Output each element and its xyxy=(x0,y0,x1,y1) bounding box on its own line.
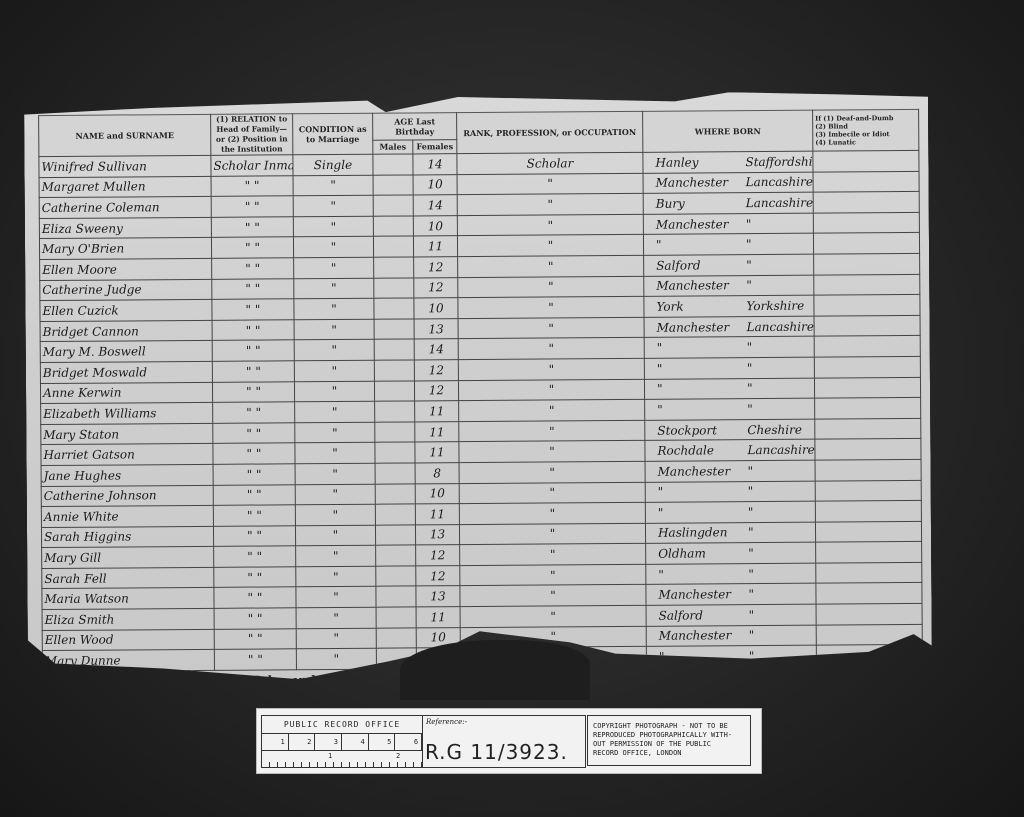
row-occupation: " xyxy=(459,399,645,421)
row-condition: " xyxy=(294,257,374,278)
row-infirmity xyxy=(814,253,920,274)
born-county: Cheshire xyxy=(747,422,802,436)
header-relation: (1) RELATION to Head of Family—or (2) Po… xyxy=(211,114,293,156)
row-relation: " " xyxy=(214,546,296,567)
row-name: Mary Gill xyxy=(42,547,214,569)
row-condition: " xyxy=(294,319,374,340)
born-town: Rochdale xyxy=(647,443,747,458)
row-female-age: 12 xyxy=(414,380,458,401)
born-town: " xyxy=(647,340,747,355)
born-county: " xyxy=(749,629,755,643)
born-county: Lancashire xyxy=(746,175,813,189)
born-county: Lancashire xyxy=(747,443,814,457)
row-infirmity xyxy=(815,501,921,522)
row-male-age xyxy=(374,257,414,278)
row-female-age: 12 xyxy=(414,257,458,278)
born-county: Staffordshire xyxy=(745,154,813,169)
row-infirmity xyxy=(815,398,921,419)
row-female-age: 11 xyxy=(415,401,459,422)
row-where-born: HanleyStaffordshire xyxy=(643,151,813,173)
row-where-born: ManchesterLancashire xyxy=(643,172,813,194)
row-male-age xyxy=(374,360,414,381)
row-relation: " " xyxy=(213,505,295,526)
row-where-born: Oldham" xyxy=(646,542,816,564)
born-town: Salford xyxy=(646,258,746,273)
row-infirmity xyxy=(813,171,919,192)
row-condition: " xyxy=(294,360,374,381)
born-county: " xyxy=(748,526,754,540)
total-cell xyxy=(646,666,816,688)
header-where-born: WHERE BORN xyxy=(643,110,813,152)
row-occupation: " xyxy=(458,317,644,339)
row-name: Winifred Sullivan xyxy=(39,155,211,177)
scale-number: 2 xyxy=(289,734,316,750)
row-occupation: " xyxy=(460,544,646,566)
born-county: Lancashire xyxy=(747,319,814,333)
row-infirmity xyxy=(816,542,922,563)
row-female-age: 14 xyxy=(413,195,457,216)
header-males: Males xyxy=(373,140,413,154)
born-county: Yorkshire xyxy=(746,299,804,313)
row-condition: " xyxy=(293,175,373,196)
row-where-born: "" xyxy=(646,563,816,585)
row-condition: " xyxy=(293,237,373,258)
row-relation: " " xyxy=(212,320,294,341)
row-male-age xyxy=(376,566,416,587)
born-town: " xyxy=(649,649,749,664)
row-male-age xyxy=(375,401,415,422)
row-female-age: 10 xyxy=(415,483,459,504)
row-occupation: " xyxy=(458,358,644,380)
row-male-age xyxy=(375,504,415,525)
row-where-born: Manchester" xyxy=(644,275,814,297)
row-female-age: 10 xyxy=(414,298,458,319)
born-town: Salford xyxy=(649,608,749,623)
row-condition: " xyxy=(296,545,376,566)
born-county: " xyxy=(746,278,752,292)
row-name: Bridget Cannon xyxy=(40,320,212,342)
born-town: " xyxy=(647,402,747,417)
row-male-age xyxy=(375,463,415,484)
row-name: Mary O'Brien xyxy=(39,238,211,260)
row-relation: " " xyxy=(212,361,294,382)
row-relation: " " xyxy=(214,567,296,588)
born-town: " xyxy=(648,505,748,520)
row-infirmity xyxy=(814,315,920,336)
row-male-age xyxy=(374,298,414,319)
row-relation: " " xyxy=(213,443,295,464)
row-female-age: 14 xyxy=(414,339,458,360)
row-name: Mary M. Boswell xyxy=(40,341,212,363)
row-female-age: 8 xyxy=(415,463,459,484)
row-occupation: " xyxy=(459,420,645,442)
born-county: " xyxy=(746,237,752,251)
row-name: Ellen Cuzick xyxy=(40,300,212,322)
born-town: Bury xyxy=(646,196,746,211)
row-name: Elizabeth Williams xyxy=(41,402,213,424)
row-relation: " " xyxy=(211,237,293,258)
row-where-born: Salford" xyxy=(644,254,814,276)
row-relation: " " xyxy=(212,278,294,299)
born-town: York xyxy=(646,299,746,314)
row-male-age xyxy=(375,525,415,546)
header-occupation: RANK, PROFESSION, or OCCUPATION xyxy=(457,111,643,153)
row-condition: " xyxy=(293,195,373,216)
row-condition: " xyxy=(295,484,375,505)
row-name: Ellen Moore xyxy=(40,258,212,280)
row-condition: " xyxy=(295,443,375,464)
row-where-born: "" xyxy=(645,501,815,523)
row-female-age: 11 xyxy=(415,504,459,525)
row-name: Bridget Moswald xyxy=(40,361,212,383)
row-infirmity xyxy=(815,521,921,542)
row-condition: " xyxy=(294,298,374,319)
row-where-born: RochdaleLancashire xyxy=(645,439,815,461)
row-relation: " " xyxy=(212,299,294,320)
row-occupation: " xyxy=(460,564,646,586)
row-female-age: 13 xyxy=(415,524,459,545)
row-condition: " xyxy=(295,463,375,484)
row-female-age: 10 xyxy=(413,174,457,195)
row-infirmity xyxy=(815,439,921,460)
row-infirmity xyxy=(813,192,919,213)
row-occupation: " xyxy=(459,461,645,483)
row-name: Maria Watson xyxy=(42,588,214,610)
row-infirmity xyxy=(814,295,920,316)
row-condition: Single xyxy=(293,154,373,175)
row-condition: " xyxy=(295,525,375,546)
row-condition: " xyxy=(294,381,374,402)
row-relation: " " xyxy=(211,196,293,217)
header-infirmity: If (1) Deaf-and-Dumb (2) Blind (3) Imbec… xyxy=(813,109,919,151)
row-infirmity xyxy=(815,418,921,439)
row-name: Eliza Smith xyxy=(42,608,214,630)
row-male-age xyxy=(374,339,414,360)
row-relation: " " xyxy=(212,340,294,361)
row-male-age xyxy=(373,195,413,216)
row-where-born: Salford" xyxy=(646,604,816,626)
row-condition: " xyxy=(295,401,375,422)
row-male-age xyxy=(376,607,416,628)
row-relation: " " xyxy=(213,484,295,505)
row-female-age: 11 xyxy=(415,442,459,463)
row-condition: " xyxy=(296,628,376,649)
row-male-age xyxy=(375,442,415,463)
row-name: Mary Staton xyxy=(41,423,213,445)
row-female-age: 12 xyxy=(416,566,460,587)
row-relation: Scholar Inmate xyxy=(211,155,293,176)
row-where-born: "" xyxy=(644,357,814,379)
row-name: Mary Dunne xyxy=(42,650,214,672)
row-where-born: "" xyxy=(645,481,815,503)
row-name: Ellen Wood xyxy=(42,629,214,651)
born-county: " xyxy=(748,587,754,601)
row-male-age xyxy=(376,586,416,607)
row-infirmity xyxy=(813,150,919,171)
row-condition: " xyxy=(294,340,374,361)
row-infirmity xyxy=(816,603,922,624)
row-name: Margaret Mullen xyxy=(39,176,211,198)
born-town: Manchester xyxy=(647,320,747,335)
born-county: " xyxy=(746,217,752,231)
row-occupation: " xyxy=(459,523,645,545)
row-male-age xyxy=(376,628,416,649)
header-females: Females xyxy=(413,140,457,154)
row-relation: " " xyxy=(212,381,294,402)
row-condition: " xyxy=(296,648,376,669)
row-name: Anne Kerwin xyxy=(40,382,212,404)
row-female-age: 12 xyxy=(414,277,458,298)
born-town: Manchester xyxy=(646,176,746,191)
born-town: " xyxy=(648,567,748,582)
row-where-born: Manchester" xyxy=(643,213,813,235)
row-male-age xyxy=(374,278,414,299)
row-occupation: Scholar xyxy=(457,152,643,174)
born-county: " xyxy=(748,546,754,560)
ruler-mark: 1 xyxy=(328,752,332,760)
reference-box: Reference:- R.G 11/3923. xyxy=(423,715,586,768)
row-where-born: ManchesterLancashire xyxy=(644,316,814,338)
row-condition: " xyxy=(295,422,375,443)
reference-label: Reference:- xyxy=(426,718,467,726)
row-occupation: " xyxy=(458,296,644,318)
row-condition: " xyxy=(296,566,376,587)
row-infirmity xyxy=(814,356,920,377)
row-male-age xyxy=(373,236,413,257)
born-town: " xyxy=(646,237,746,252)
born-town: " xyxy=(647,361,747,376)
torn-edge xyxy=(400,640,590,700)
row-relation: " " xyxy=(213,422,295,443)
row-where-born: "" xyxy=(644,336,814,358)
row-name: Catherine Coleman xyxy=(39,197,211,219)
row-name: Catherine Judge xyxy=(40,279,212,301)
born-county: " xyxy=(748,484,754,498)
born-town: Manchester xyxy=(646,217,746,232)
row-occupation: " xyxy=(457,194,643,216)
row-female-age: 14 xyxy=(413,154,457,175)
ruler-mark: 2 xyxy=(396,752,400,760)
row-occupation: " xyxy=(459,482,645,504)
row-male-age xyxy=(375,483,415,504)
born-county: Lancashire xyxy=(746,196,813,210)
row-occupation: " xyxy=(458,379,644,401)
scale-number: 5 xyxy=(369,734,396,750)
row-name: Catherine Johnson xyxy=(41,485,213,507)
row-infirmity xyxy=(813,212,919,233)
born-county: " xyxy=(747,340,753,354)
row-occupation: " xyxy=(458,255,644,277)
row-male-age xyxy=(373,216,413,237)
born-county: " xyxy=(748,464,754,478)
office-name: PUBLIC RECORD OFFICE xyxy=(262,716,422,734)
born-county: " xyxy=(747,402,753,416)
scale-number: 1 xyxy=(262,734,289,750)
row-female-age: 11 xyxy=(413,236,457,257)
row-female-age: 11 xyxy=(415,421,459,442)
born-town: Manchester xyxy=(649,629,749,644)
row-where-born: Manchester" xyxy=(645,460,815,482)
row-female-age: 11 xyxy=(416,607,460,628)
row-where-born: BuryLancashire xyxy=(643,192,813,214)
row-male-age xyxy=(373,175,413,196)
row-occupation: " xyxy=(457,235,643,257)
scale-number: 4 xyxy=(342,734,369,750)
reference-value: R.G 11/3923. xyxy=(425,740,568,764)
total-cell xyxy=(816,665,922,686)
row-male-age xyxy=(373,154,413,175)
row-infirmity xyxy=(814,377,920,398)
row-relation: " " xyxy=(212,258,294,279)
born-town: Haslingden xyxy=(648,526,748,541)
total-label: Total of Males and Females xyxy=(42,669,376,692)
row-relation: " " xyxy=(213,402,295,423)
row-condition: " xyxy=(296,587,376,608)
row-name: Harriet Gatson xyxy=(41,444,213,466)
row-where-born: "" xyxy=(645,398,815,420)
archive-label: PUBLIC RECORD OFFICE 1 2 3 4 5 6 1 2 Ref… xyxy=(256,708,762,774)
born-town: Hanley xyxy=(645,155,745,170)
born-town: Manchester xyxy=(646,278,746,293)
row-occupation: " xyxy=(457,173,643,195)
row-where-born: "" xyxy=(644,378,814,400)
row-where-born: YorkYorkshire xyxy=(644,295,814,317)
row-male-age xyxy=(374,380,414,401)
born-town: " xyxy=(647,381,747,396)
row-infirmity xyxy=(815,459,921,480)
row-female-age: 13 xyxy=(414,318,458,339)
row-infirmity xyxy=(814,274,920,295)
born-county: " xyxy=(747,361,753,375)
row-occupation: " xyxy=(459,441,645,463)
row-condition: " xyxy=(296,607,376,628)
born-county: " xyxy=(749,608,755,622)
born-county: " xyxy=(748,505,754,519)
row-where-born: Manchester" xyxy=(646,584,816,606)
row-infirmity xyxy=(813,233,919,254)
row-occupation: " xyxy=(457,214,643,236)
born-town: Manchester xyxy=(648,464,748,479)
row-male-age xyxy=(374,319,414,340)
row-occupation: " xyxy=(460,605,646,627)
row-condition: " xyxy=(294,278,374,299)
row-relation: " " xyxy=(211,217,293,238)
born-town: Stockport xyxy=(647,423,747,438)
scale-number: 6 xyxy=(395,734,422,750)
row-infirmity xyxy=(814,336,920,357)
header-name: NAME and SURNAME xyxy=(39,114,211,156)
scale-number: 3 xyxy=(315,734,342,750)
row-occupation: " xyxy=(459,502,645,524)
header-age: AGE Last Birthday xyxy=(373,113,457,140)
row-relation: " " xyxy=(213,464,295,485)
header-condition: CONDITION as to Marriage xyxy=(293,113,373,155)
census-table: NAME and SURNAME (1) RELATION to Head of… xyxy=(38,109,923,693)
row-female-age: 12 xyxy=(414,360,458,381)
row-male-age xyxy=(376,545,416,566)
born-county: " xyxy=(747,381,753,395)
born-county: " xyxy=(746,258,752,272)
row-occupation: " xyxy=(458,338,644,360)
row-female-age: 13 xyxy=(416,586,460,607)
row-relation: " " xyxy=(214,608,296,629)
row-infirmity xyxy=(816,583,922,604)
row-name: Sarah Fell xyxy=(42,567,214,589)
scale-box: PUBLIC RECORD OFFICE 1 2 3 4 5 6 1 2 xyxy=(261,715,423,768)
scale-numbers: 1 2 3 4 5 6 xyxy=(262,734,422,751)
row-name: Annie White xyxy=(41,505,213,527)
row-infirmity xyxy=(815,480,921,501)
row-where-born: Manchester" xyxy=(646,625,816,647)
row-occupation: " xyxy=(460,585,646,607)
born-county: " xyxy=(748,567,754,581)
row-relation: " " xyxy=(211,175,293,196)
row-relation: " " xyxy=(214,649,296,670)
born-county: " xyxy=(749,649,755,663)
row-relation: " " xyxy=(213,525,295,546)
census-page: NAME and SURNAME (1) RELATION to Head of… xyxy=(24,91,932,681)
born-town: Oldham xyxy=(648,546,748,561)
row-infirmity xyxy=(816,624,922,645)
row-relation: " " xyxy=(214,628,296,649)
row-condition: " xyxy=(295,504,375,525)
row-condition: " xyxy=(293,216,373,237)
copyright-notice: COPYRIGHT PHOTOGRAPH - NOT TO BE REPRODU… xyxy=(587,715,751,766)
row-name: Eliza Sweeny xyxy=(39,217,211,239)
row-relation: " " xyxy=(214,587,296,608)
row-female-age: 10 xyxy=(413,215,457,236)
row-name: Sarah Higgins xyxy=(41,526,213,548)
row-where-born: Haslingden" xyxy=(645,522,815,544)
born-town: " xyxy=(648,484,748,499)
ruler-scale: 1 2 xyxy=(262,751,422,768)
born-town: Manchester xyxy=(648,587,748,602)
row-infirmity xyxy=(816,562,922,583)
row-where-born: "" xyxy=(643,234,813,256)
row-occupation: " xyxy=(458,276,644,298)
row-male-age xyxy=(375,422,415,443)
row-where-born: StockportCheshire xyxy=(645,419,815,441)
row-where-born: "" xyxy=(646,645,816,667)
row-female-age: 12 xyxy=(416,545,460,566)
row-infirmity xyxy=(816,645,922,666)
row-name: Jane Hughes xyxy=(41,464,213,486)
